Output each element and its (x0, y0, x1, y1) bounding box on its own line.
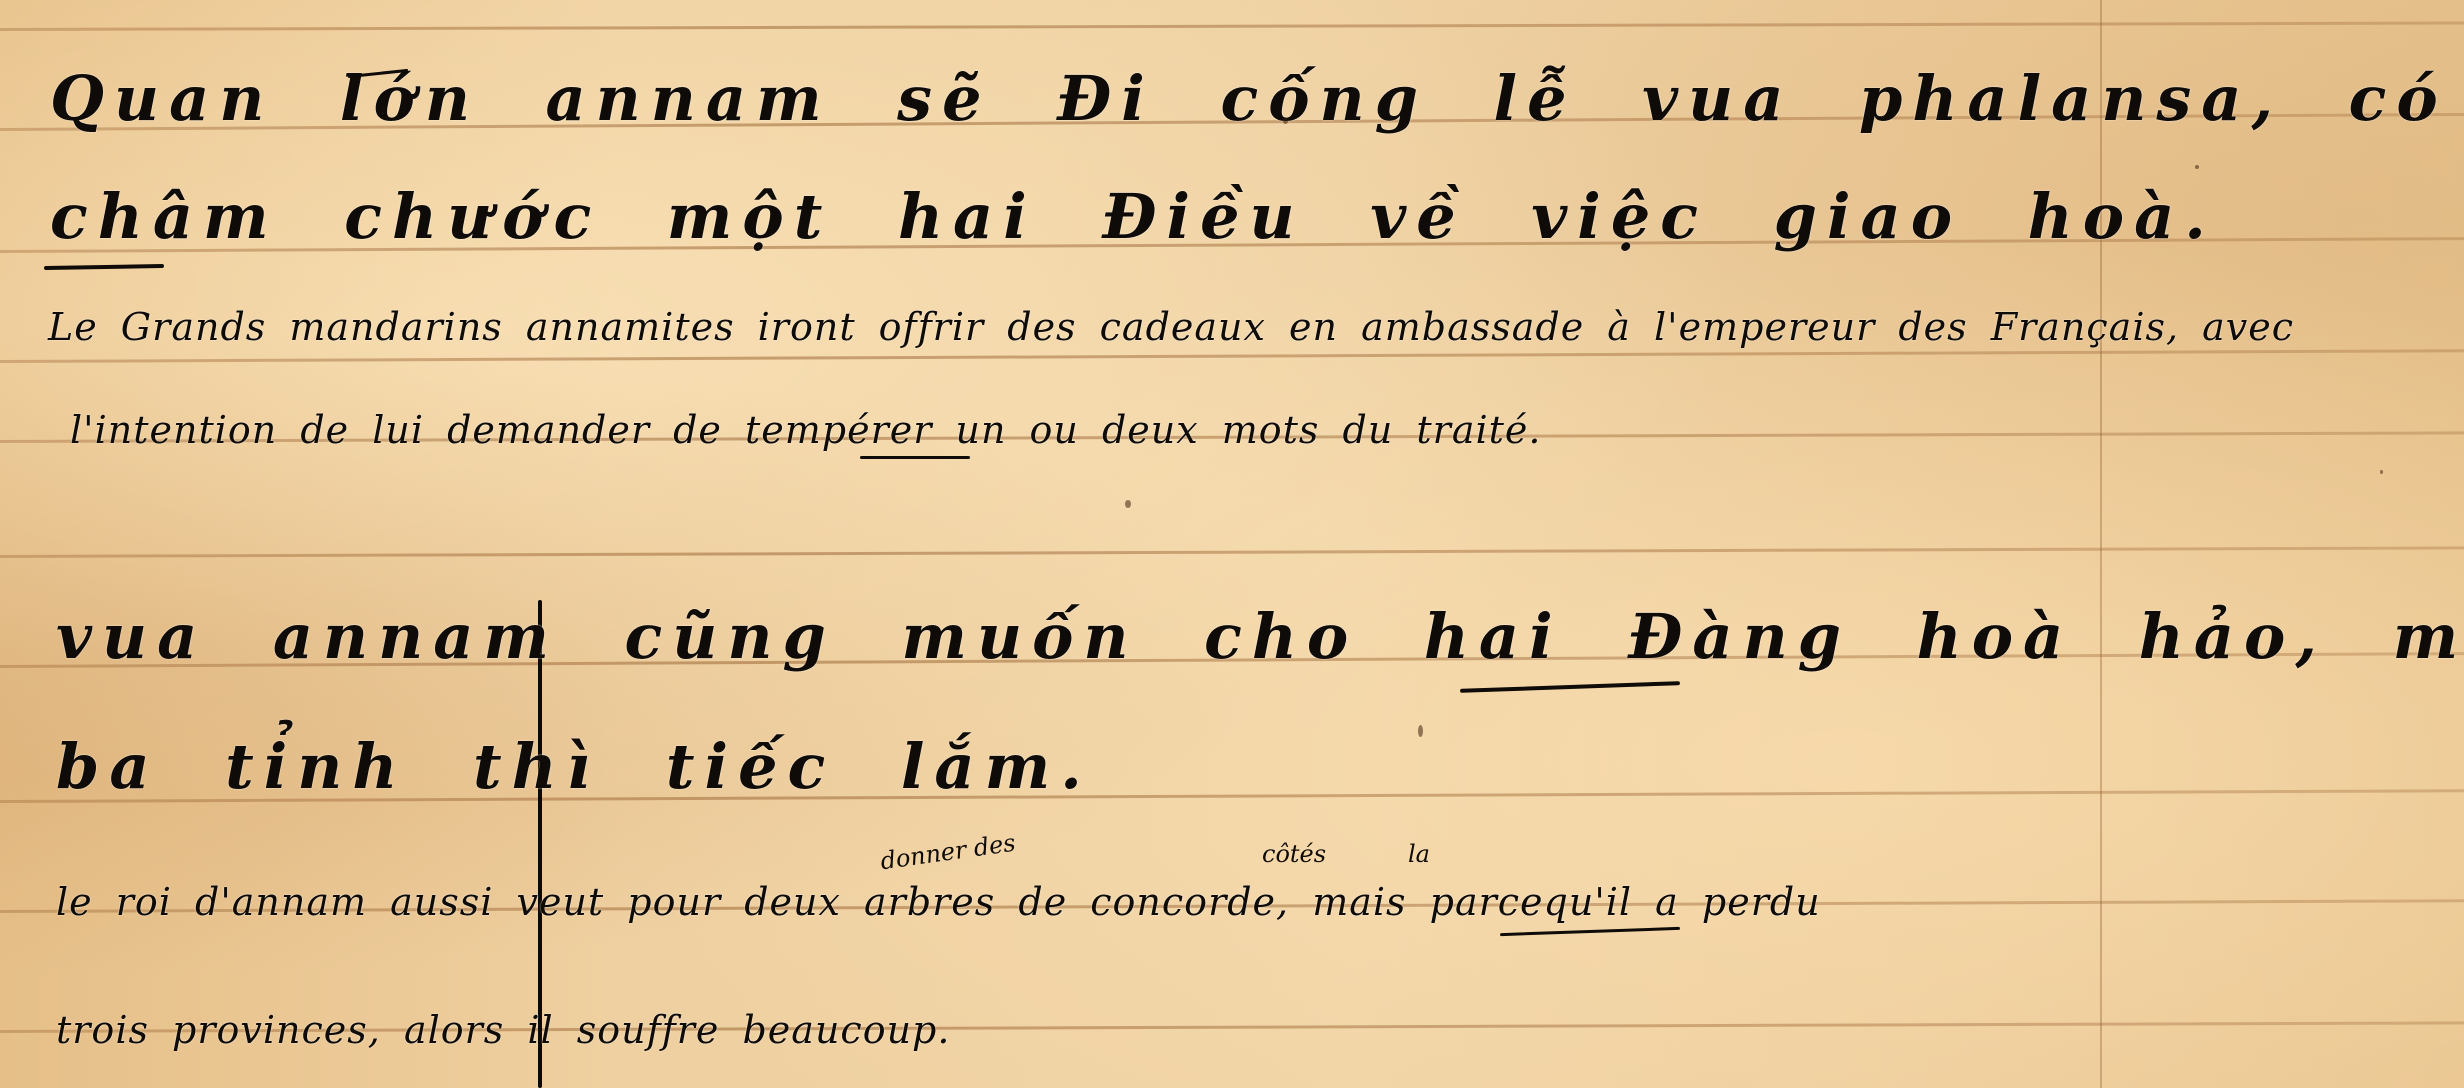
french-line-3: le roi d'annam aussi veut pour deux arbr… (56, 880, 1821, 924)
vietnamese-line-3: vua annam cũng muốn cho hai Đàng hoà hảo… (56, 600, 2464, 673)
paper-speck (1418, 725, 1423, 737)
french-line-2: l'intention de lui demander de tempérer … (70, 408, 1541, 452)
paper-speck (1125, 500, 1131, 508)
interlinear-la: la (1408, 840, 1430, 868)
manuscript-page: Quan lớn annam sẽ Đi cống lễ vua phalans… (0, 0, 2464, 1088)
vietnamese-line-2: châm chước một hai Điều về việc giao hoà… (50, 180, 2216, 253)
underline-concorde (1500, 927, 1680, 936)
ruled-line (0, 22, 2464, 31)
vietnamese-line-1: Quan lớn annam sẽ Đi cống lễ vua phalans… (50, 62, 2464, 135)
paper-speck (2380, 470, 2383, 474)
interlinear-donner-des: donner des (879, 829, 1017, 876)
underline-tempérer (860, 456, 970, 459)
paper-speck (1283, 118, 1288, 124)
underline-hao (1460, 681, 1680, 693)
ruled-line (0, 349, 2464, 363)
vietnamese-line-4: ba tỉnh thì tiếc lắm. (56, 730, 1092, 803)
paper-speck (2195, 165, 2199, 169)
french-line-4: trois provinces, alors il souffre beauco… (56, 1008, 950, 1052)
underline-mark (44, 264, 164, 270)
fold-line (2100, 0, 2102, 1088)
ruled-line (0, 546, 2464, 558)
french-line-1: Le Grands mandarins annamites iront offr… (48, 305, 2294, 349)
interlinear-cotes: côtés (1262, 840, 1326, 868)
